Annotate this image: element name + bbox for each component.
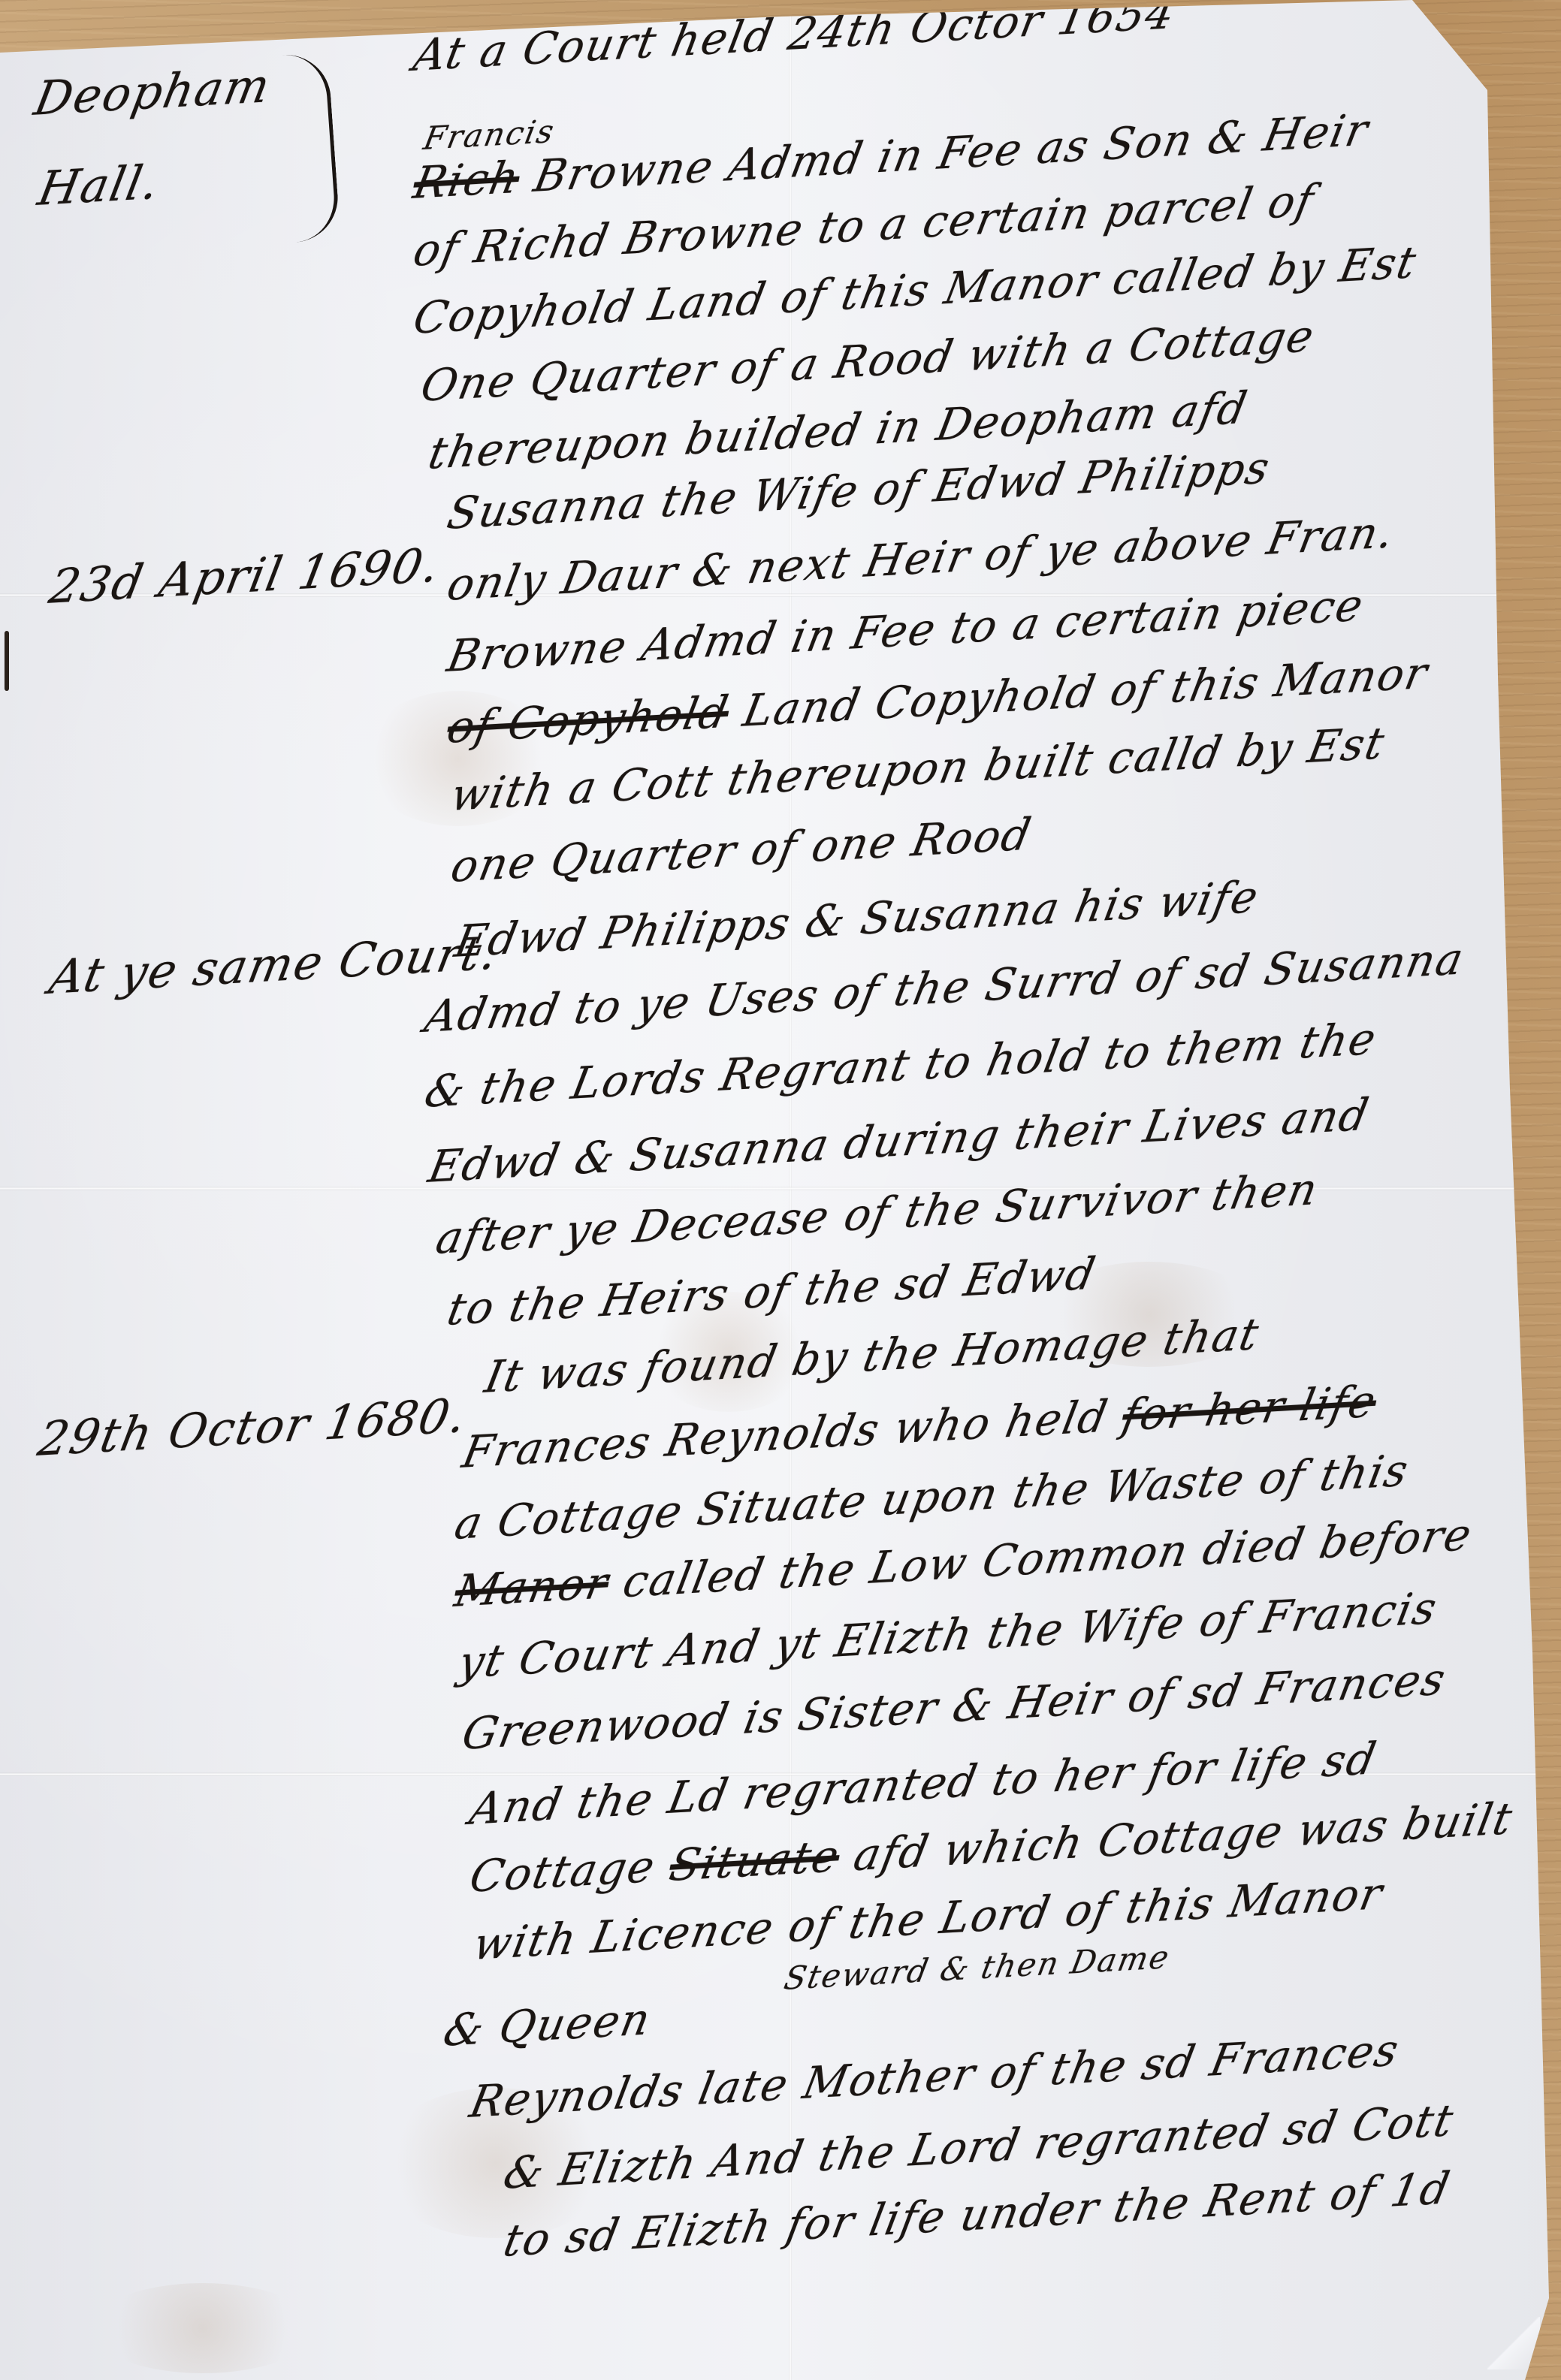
margin-ink-mark (5, 631, 9, 691)
manuscript-page: Deopham Hall. At a Court held 24th Octor… (0, 0, 1561, 2380)
paper-stain (90, 2283, 316, 2373)
struck-word: for her life (1119, 1375, 1381, 1441)
struck-word: Rich (409, 151, 524, 209)
entry-1690-line-6: one Quarter of one Rood (447, 808, 1036, 892)
entry-1680-margin-date: 29th Octor 1680. (34, 1387, 472, 1467)
margin-heading-line2: Hall. (34, 154, 165, 216)
struck-word: Situate (666, 1830, 844, 1891)
struck-word: Manor (451, 1557, 614, 1617)
curly-brace-mark (256, 52, 340, 244)
entry-1680-line-10: & Queen (439, 1993, 656, 2056)
entry-1690-margin-date: 23d April 1690. (45, 537, 445, 614)
margin-heading-line1: Deopham (30, 58, 276, 126)
horizontal-fold-crease-2 (0, 1187, 1561, 1190)
